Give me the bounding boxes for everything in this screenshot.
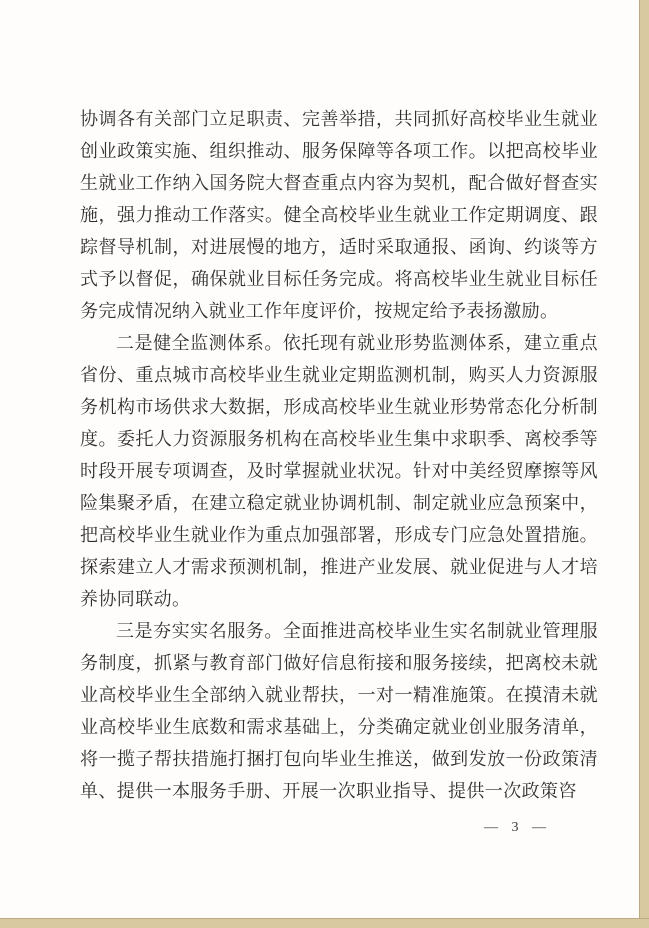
text-line: 三是夯实实名服务。全面推进高校毕业生实名制就业管理服	[80, 615, 598, 647]
text-line: 养协同联动。	[80, 583, 598, 615]
text-line: 探索建立人才需求预测机制，推进产业发展、就业促进与人才培	[80, 551, 598, 583]
text-line: 务制度，抓紧与教育部门做好信息衔接和服务接续，把离校未就	[80, 647, 598, 679]
text-line: 创业政策实施、组织推动、服务保障等各项工作。以把高校毕业	[80, 135, 598, 167]
text-line: 二是健全监测体系。依托现有就业形势监测体系，建立重点	[80, 327, 598, 359]
text-line: 将一揽子帮扶措施打捆打包向毕业生推送，做到发放一份政策清	[80, 743, 598, 775]
text-line: 业高校毕业生底数和需求基础上，分类确定就业创业服务清单，	[80, 711, 598, 743]
text-line: 施，强力推动工作落实。健全高校毕业生就业工作定期调度、跟	[80, 199, 598, 231]
page-number: — 3 —	[484, 820, 551, 836]
text-line: 踪督导机制，对进展慢的地方，适时采取通报、函询、约谈等方	[80, 231, 598, 263]
document-body: 协调各有关部门立足职责、完善举措，共同抓好高校毕业生就业 创业政策实施、组织推动…	[80, 103, 598, 807]
text-line: 务完成情况纳入就业工作年度评价，按规定给予表扬激励。	[80, 295, 598, 327]
text-line: 省份、重点城市高校毕业生就业定期监测机制，购买人力资源服	[80, 359, 598, 391]
text-line: 时段开展专项调查，及时掌握就业状况。针对中美经贸摩擦等风	[80, 455, 598, 487]
text-line: 度。委托人力资源服务机构在高校毕业生集中求职季、离校季等	[80, 423, 598, 455]
text-line: 务机构市场供求大数据，形成高校毕业生就业形势常态化分析制	[80, 391, 598, 423]
scan-edge-right	[639, 0, 649, 928]
text-line: 单、提供一本服务手册、开展一次职业指导、提供一次政策咨	[80, 775, 598, 807]
scanned-document-page: 协调各有关部门立足职责、完善举措，共同抓好高校毕业生就业 创业政策实施、组织推动…	[0, 0, 649, 928]
text-line: 生就业工作纳入国务院大督查重点内容为契机，配合做好督查实	[80, 167, 598, 199]
paragraph-2: 二是健全监测体系。依托现有就业形势监测体系，建立重点 省份、重点城市高校毕业生就…	[80, 327, 598, 615]
paragraph-3: 三是夯实实名服务。全面推进高校毕业生实名制就业管理服 务制度，抓紧与教育部门做好…	[80, 615, 598, 807]
text-line: 险集聚矛盾，在建立稳定就业协调机制、制定就业应急预案中，	[80, 487, 598, 519]
text-line: 协调各有关部门立足职责、完善举措，共同抓好高校毕业生就业	[80, 103, 598, 135]
text-line: 把高校毕业生就业作为重点加强部署，形成专门应急处置措施。	[80, 519, 598, 551]
text-line: 式予以督促，确保就业目标任务完成。将高校毕业生就业目标任	[80, 263, 598, 295]
text-line: 业高校毕业生全部纳入就业帮扶，一对一精准施策。在摸清未就	[80, 679, 598, 711]
paragraph-1: 协调各有关部门立足职责、完善举措，共同抓好高校毕业生就业 创业政策实施、组织推动…	[80, 103, 598, 327]
scan-edge-bottom	[0, 918, 649, 928]
